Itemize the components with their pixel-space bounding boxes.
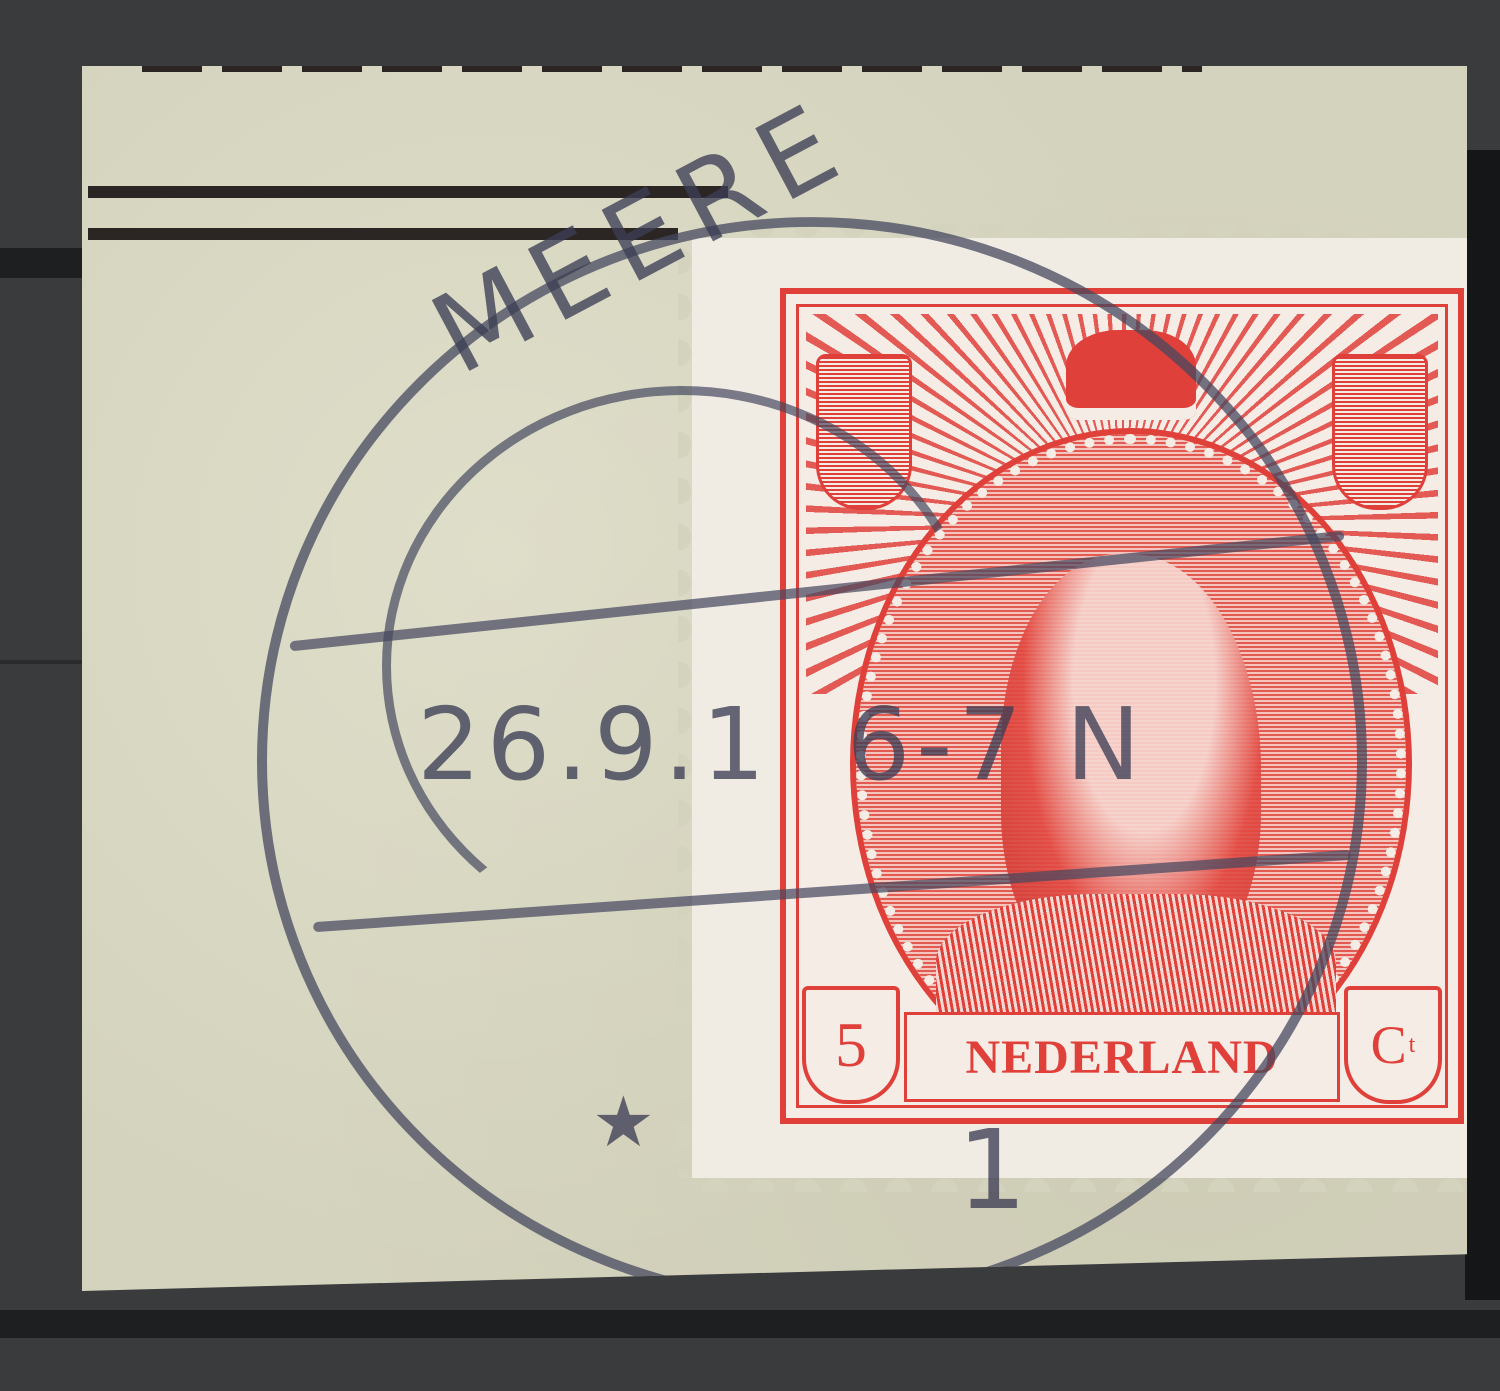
perforation-top (692, 224, 1482, 252)
coat-of-arms-right-icon (1332, 354, 1428, 510)
postmark-year-text: 1 (701, 686, 771, 803)
postmark-time-text: 6-7 N (847, 686, 1147, 803)
value-numeral-text: 5 (835, 1008, 867, 1082)
album-strip-bottom (0, 1310, 1500, 1338)
postmark-office-number: 1 (957, 1106, 1027, 1234)
paper-piece: 5 NEDERLAND Ct MEERE 26.9.1 6-7 N ★ 1 (82, 66, 1467, 1291)
currency-denomination: Ct (1344, 986, 1442, 1104)
album-edge (1465, 150, 1500, 1300)
paper-top-edge (142, 66, 1202, 72)
country-name: NEDERLAND (904, 1012, 1340, 1102)
postmark-date: 26.9.1 6-7 N (417, 686, 1147, 803)
value-numeral: 5 (802, 986, 900, 1104)
country-name-text: NEDERLAND (965, 1030, 1278, 1085)
star-icon: ★ (592, 1081, 655, 1163)
postmark-date-text: 26.9. (417, 686, 701, 803)
currency-superscript: t (1409, 1032, 1416, 1059)
currency-text: C (1371, 1014, 1407, 1076)
perforation-bottom (692, 1164, 1482, 1192)
crown-icon (1066, 330, 1196, 420)
